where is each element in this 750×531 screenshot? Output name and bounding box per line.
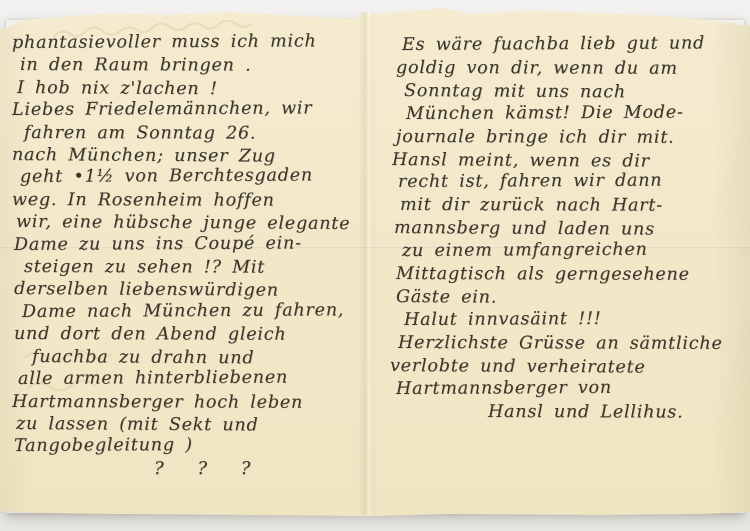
letter-line: München kämst! Die Mode- — [406, 101, 746, 126]
letter-line: Hartmannsberger von — [396, 376, 746, 401]
letter-line: Tangobegleitung ) — [14, 433, 364, 457]
letter-line: mit dir zurück nach Hart- — [400, 194, 746, 218]
letter-page-left: phantasievoller muss ich mich in den Rau… — [12, 32, 364, 479]
letter-line: Es wäre fuachba lieb gut und — [402, 32, 746, 57]
letter-line: goldig von dir, wenn du am — [396, 57, 746, 81]
letter-line: Liebes Friedelemännchen, wir — [12, 97, 364, 121]
letter-line: in den Raum bringen . — [20, 54, 364, 77]
letter-line: recht ist, fahren wir dann — [398, 170, 746, 195]
letter-line: und dort den Abend gleich — [14, 323, 364, 346]
letter-line: Halut innvasäint !!! — [404, 307, 746, 332]
letter-line: Hartmannsberger hoch leben — [12, 391, 364, 414]
letter-line: fahren am Sonntag 26. — [24, 122, 364, 145]
letter-line: Herzlichste Grüsse an sämtliche — [398, 332, 746, 356]
letter-line: steigen zu sehen !? Mit — [24, 256, 364, 279]
signature-line: Hansl und Lellihus. — [488, 401, 746, 425]
letter-line: weg. In Rosenheim hoffen — [12, 189, 364, 212]
letter-line: zu einem umfangreichen — [402, 238, 746, 263]
letter-line: phantasievoller muss ich mich — [12, 30, 364, 54]
letter-line: Dame nach München zu fahren, — [22, 299, 364, 323]
letter-line: Mittagtisch als gerngesehene — [396, 263, 746, 287]
letter-line: alle armen hinterbliebenen — [18, 366, 364, 390]
letter-line: geht •1½ von Berchtesgaden — [20, 165, 364, 189]
question-marks: ? ? ? — [154, 458, 364, 479]
letter-page-right: Es wäre fuachba lieb gut und goldig von … — [390, 34, 746, 423]
letter-line: journale bringe ich dir mit. — [396, 126, 746, 150]
letter-scan: phantasievoller muss ich mich in den Rau… — [0, 0, 750, 531]
letter-line: Dame zu uns ins Coupé ein- — [14, 232, 364, 256]
